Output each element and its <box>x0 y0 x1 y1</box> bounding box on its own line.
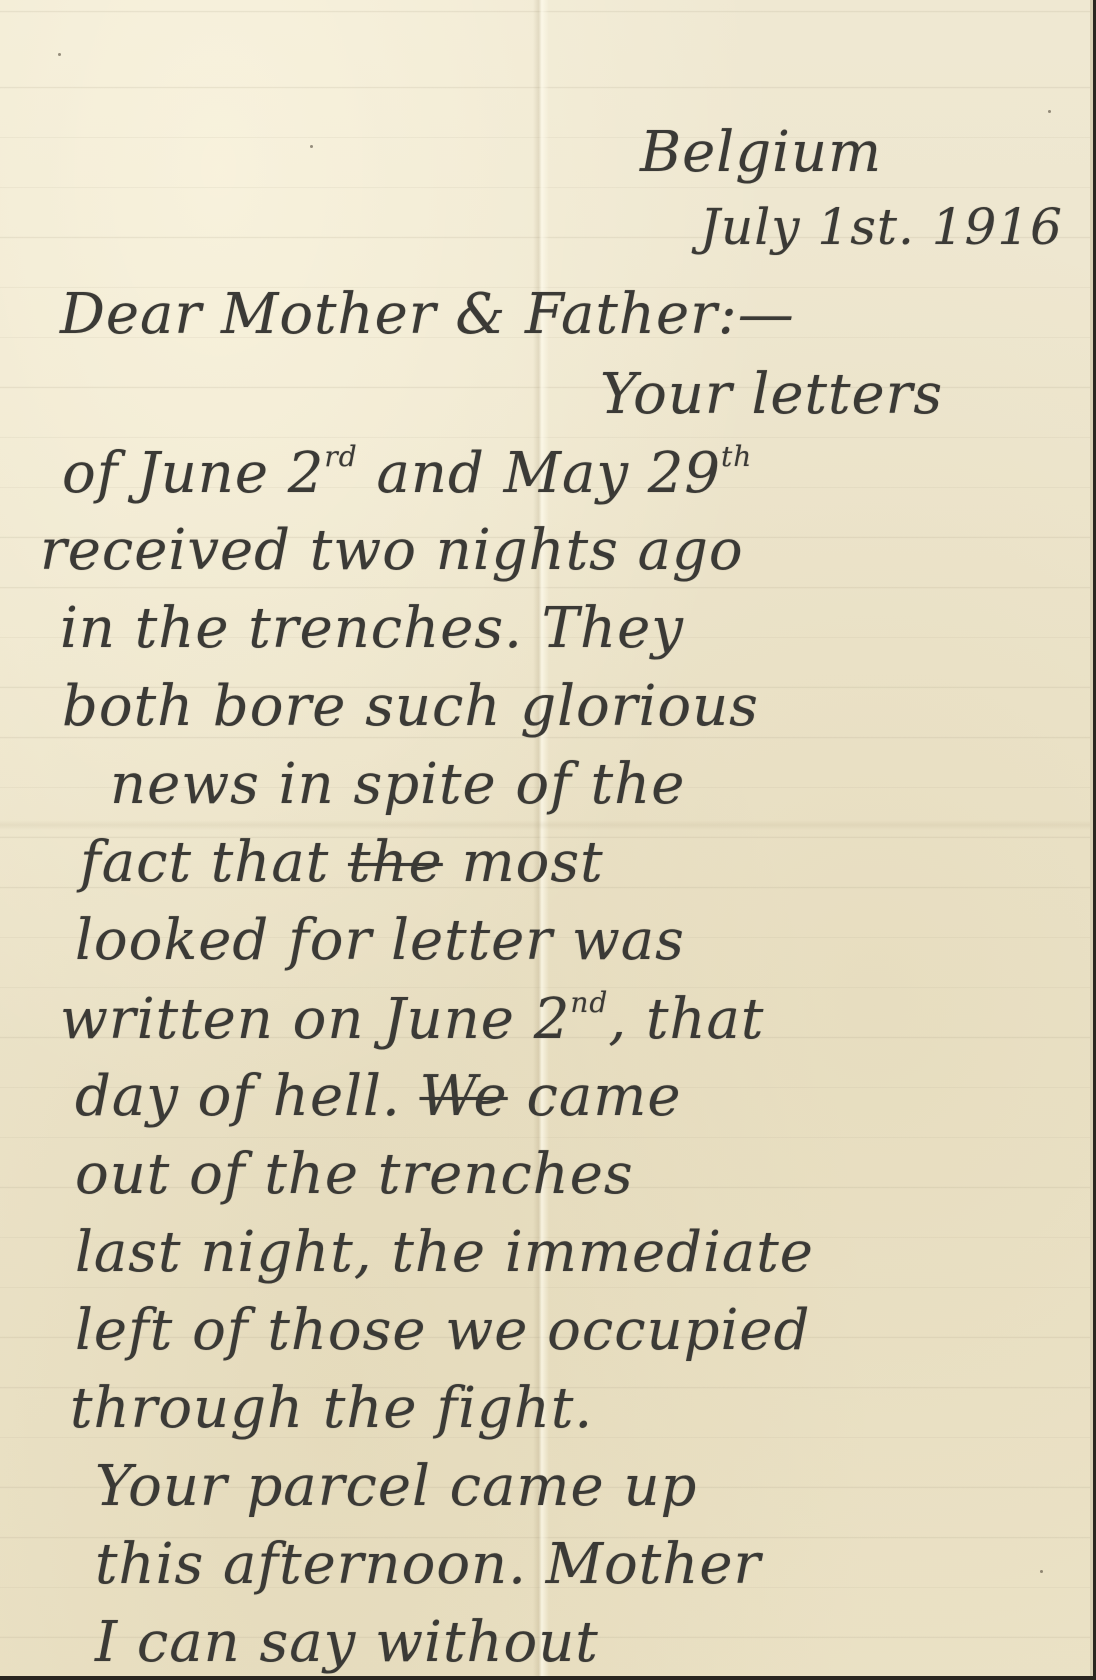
letter-salutation: Dear Mother & Father:— <box>60 282 795 347</box>
paper-speck <box>1048 110 1051 113</box>
letter-line: through the fight. <box>70 1376 593 1441</box>
letter-date: July 1st. 1916 <box>700 198 1063 256</box>
horizontal-fold-crease <box>0 820 1093 830</box>
letter-line: of June 2rd and May 29th <box>62 440 752 506</box>
letter-line: I can say without <box>95 1610 599 1675</box>
letter-line: this afternoon. Mother <box>95 1532 761 1597</box>
letter-line: last night, the immediate <box>75 1220 814 1285</box>
letter-place: Belgium <box>640 120 882 185</box>
letter-line: in the trenches. They <box>60 596 684 661</box>
letter-line: written on June 2nd, that <box>60 986 764 1052</box>
struck-word: We <box>420 1064 508 1129</box>
letter-line: Your letters <box>600 362 943 427</box>
letter-line: looked for letter was <box>75 908 685 973</box>
letter-line: both bore such glorious <box>62 674 759 739</box>
letter-line: received two nights ago <box>40 518 744 583</box>
paper-speck <box>1040 1570 1043 1573</box>
letter-line: left of those we occupied <box>75 1298 810 1363</box>
letter-line: Your parcel came up <box>95 1454 697 1519</box>
letter-line: day of hell. We came <box>75 1064 681 1129</box>
paper-edge <box>1090 0 1093 1676</box>
letter-line: out of the trenches <box>75 1142 634 1207</box>
struck-word: the <box>348 830 443 895</box>
letter-line: fact that the most <box>80 830 604 895</box>
letter-page: Belgium July 1st. 1916 Dear Mother & Fat… <box>0 0 1093 1676</box>
paper-speck <box>58 53 61 56</box>
letter-line: news in spite of the <box>110 752 685 817</box>
paper-speck <box>310 145 313 148</box>
